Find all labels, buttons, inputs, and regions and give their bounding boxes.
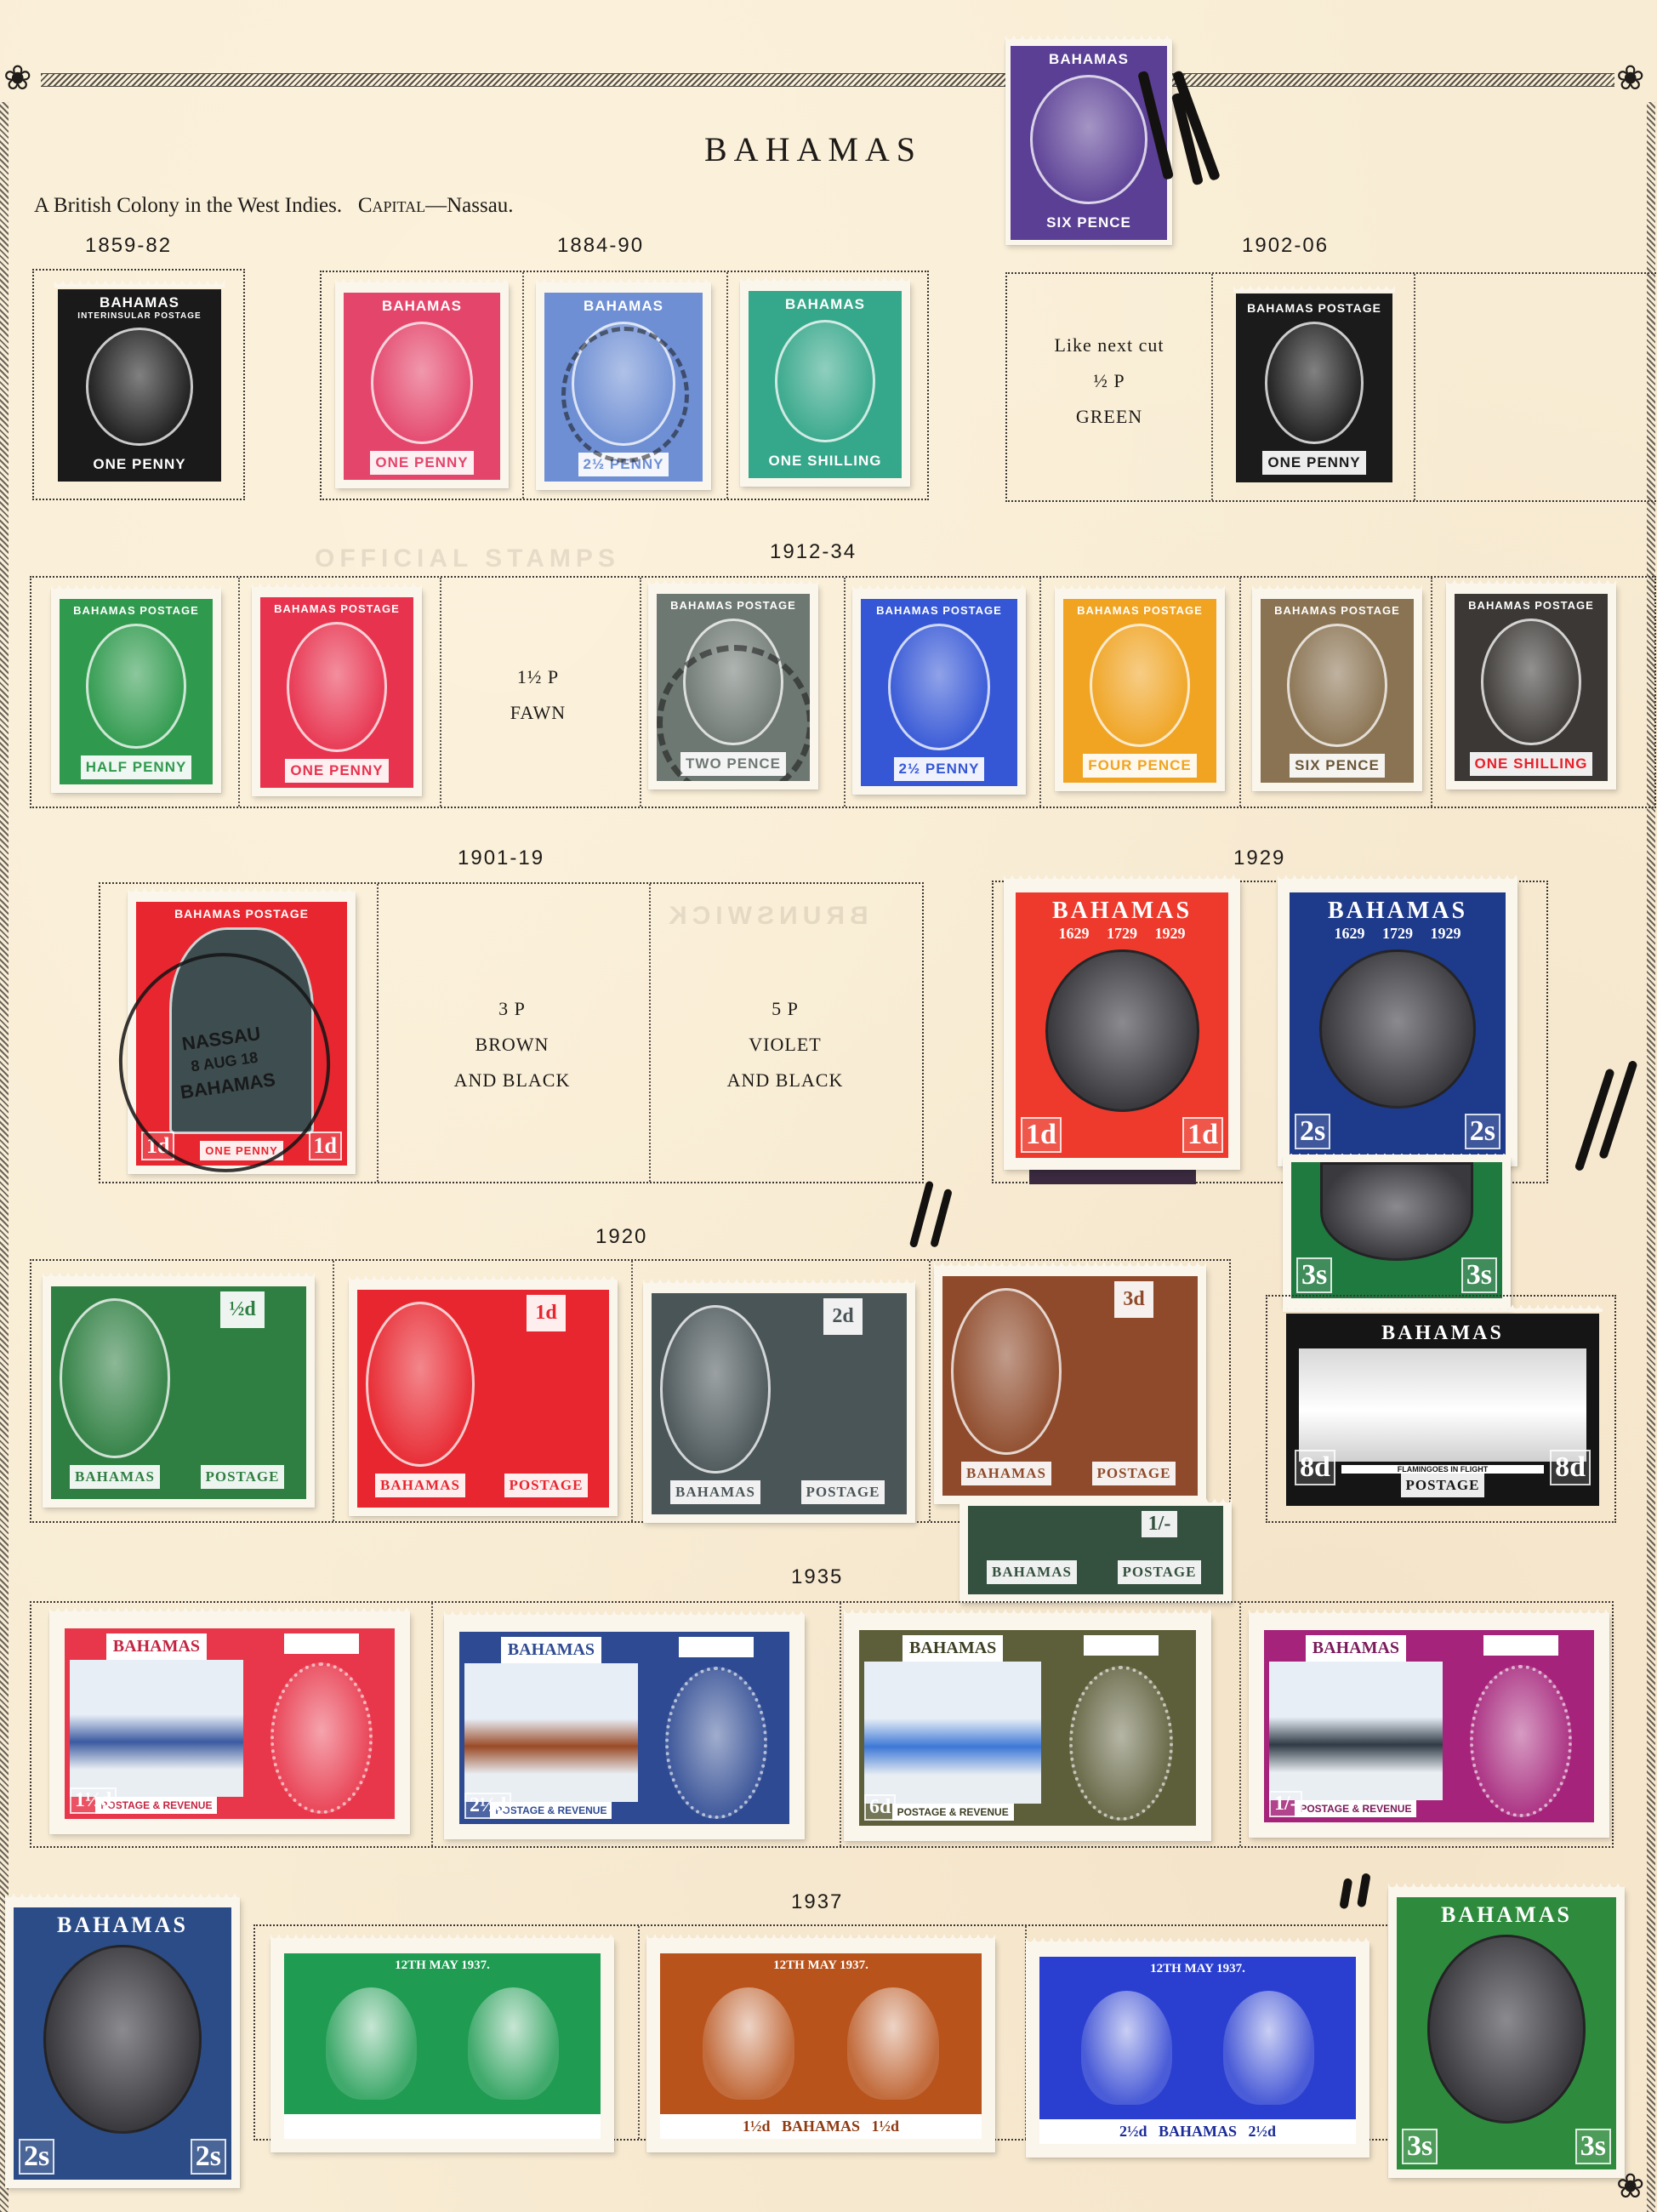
stamp-1935-one-shilling[interactable]: BAHAMASPOSTAGE & REVENUE 1910-1935 1/-	[1249, 1615, 1609, 1838]
king-george-portrait	[270, 1662, 373, 1814]
stamp-1929-1d[interactable]: BAHAMAS 1629 1729 1929 1d 1d	[1004, 881, 1240, 1170]
pen-mark	[930, 1189, 953, 1248]
flamingo-scene	[1299, 1348, 1586, 1462]
corner-ornament-icon: ❀	[1616, 61, 1645, 95]
stamp-1912-one-penny[interactable]: BAHAMAS POSTAGE ONE PENNY	[252, 589, 422, 796]
king-george-portrait	[660, 1305, 771, 1474]
windsor-castle-scene	[1269, 1662, 1443, 1800]
stamp-1937-1half-penny[interactable]: 12TH MAY 1937. 1½d BAHAMAS 1½d	[646, 1940, 995, 2152]
stamp-1920-three-pence[interactable]: BAHAMAS 3dPOSTAGE	[934, 1268, 1206, 1504]
ship-seal	[1319, 949, 1476, 1109]
cancellation-mark	[561, 327, 689, 463]
king-george-portrait	[1287, 624, 1387, 747]
stamp-1912-six-pence[interactable]: BAHAMAS POSTAGE SIX PENCE	[1252, 590, 1422, 791]
section-year-1901-19: 1901-19	[458, 847, 544, 870]
windsor-castle-scene	[464, 1663, 638, 1802]
queen-portrait	[775, 320, 875, 442]
stamp-1920-one-penny[interactable]: BAHAMAS 1dPOSTAGE	[349, 1281, 618, 1516]
stamp-1920-half-penny[interactable]: BAHAMAS ½dPOSTAGE	[43, 1278, 315, 1508]
capital-value: —Nassau.	[425, 194, 513, 217]
queen-portrait	[86, 328, 192, 446]
placeholder-1902-half-penny: Like next cut ½ P GREEN	[1007, 328, 1211, 435]
king-george-portrait	[366, 1302, 475, 1467]
stamp-six-pence-1862[interactable]: BAHAMAS SIX PENCE	[1005, 41, 1172, 245]
placeholder-1901-5p: 5 P VIOLET AND BLACK	[648, 991, 922, 1098]
stamp-1884-one-penny[interactable]: BAHAMAS ONE PENNY	[335, 284, 509, 488]
queen-elizabeth-portrait	[326, 1987, 417, 2101]
cancellation-mark	[657, 645, 810, 781]
section-year-1920: 1920	[595, 1225, 647, 1249]
section-year-1912-34: 1912-34	[770, 540, 857, 564]
section-year-1929: 1929	[1233, 847, 1285, 870]
king-george-vi-portrait	[1223, 1991, 1314, 2105]
king-george-portrait	[86, 624, 186, 749]
stamp-1935-1half-penny[interactable]: BAHAMASPOSTAGE & REVENUE 1910-1935 1½d	[49, 1613, 410, 1834]
pen-mark	[1357, 1873, 1371, 1907]
stamp-1935-2half-penny[interactable]: BAHAMASPOSTAGE & REVENUE 1910-1935 2½d	[444, 1616, 805, 1839]
top-border	[41, 73, 1614, 87]
placeholder-1912-fawn: 1½ P FAWN	[438, 659, 638, 731]
section-year-1937: 1937	[791, 1890, 843, 1914]
stamp-1931-3s[interactable]: BAHAMAS 3s 3s	[1388, 1889, 1625, 2178]
queen-elizabeth-portrait	[703, 1987, 795, 2101]
king-george-vi-portrait	[468, 1987, 559, 2101]
king-george-vi-portrait	[847, 1987, 940, 2101]
king-george-portrait	[951, 1288, 1062, 1455]
ship-seal	[1045, 949, 1199, 1112]
stamp-1935-six-pence[interactable]: BAHAMASPOSTAGE & REVENUE 1910-1935 6d	[844, 1615, 1211, 1841]
queen-portrait	[371, 322, 473, 444]
stamp-1929-3s[interactable]: 3s 3s	[1283, 1159, 1511, 1308]
ship-seal	[43, 1945, 201, 2134]
page-title: BAHAMAS	[704, 129, 922, 169]
ship-seal	[1427, 1935, 1586, 2124]
king-george-portrait	[665, 1667, 767, 1819]
corner-ornament-icon: ❀	[3, 61, 32, 95]
king-george-portrait	[1090, 624, 1190, 747]
stamp-1920-two-pence[interactable]: BAHAMAS 2dPOSTAGE	[643, 1285, 915, 1523]
capital-label: Capital	[358, 194, 425, 217]
stamp-1902-one-penny[interactable]: BAHAMAS POSTAGE ONE PENNY	[1233, 291, 1395, 485]
king-george-portrait	[60, 1298, 170, 1458]
windsor-castle-scene	[70, 1660, 243, 1797]
stamp-1912-half-penny[interactable]: BAHAMAS POSTAGE HALF PENNY	[51, 590, 221, 793]
section-year-1859-82: 1859-82	[85, 234, 172, 258]
stamp-1937-half-penny[interactable]: 12TH MAY 1937. ½d BAHAMAS ½d	[270, 1940, 614, 2152]
king-george-portrait	[1481, 619, 1581, 745]
stamp-1884-2half-penny[interactable]: BAHAMAS 2½ PENNY	[536, 284, 711, 490]
show-through-text: OFFICIAL STAMPS	[315, 544, 620, 573]
queen-portrait	[1030, 75, 1147, 204]
stamp-1920-one-shilling[interactable]: BAHAMAS 1/-POSTAGE	[959, 1504, 1232, 1603]
pen-mark	[909, 1180, 934, 1248]
stamp-1859-one-penny[interactable]: BAHAMAS INTERINSULAR POSTAGE ONE PENNY	[54, 286, 225, 485]
section-year-1884-90: 1884-90	[557, 234, 644, 258]
stamp-1912-two-pence[interactable]: BAHAMAS POSTAGE TWO PENCE	[648, 585, 818, 790]
queen-elizabeth-portrait	[1081, 1991, 1172, 2105]
page-subtitle: A British Colony in the West Indies. Cap…	[34, 194, 514, 218]
king-edward-portrait	[1265, 322, 1364, 444]
king-george-portrait	[1069, 1666, 1174, 1821]
pen-mark	[1574, 1068, 1615, 1172]
windsor-castle-scene	[864, 1662, 1041, 1804]
section-year-1902-06: 1902-06	[1242, 234, 1329, 258]
stamp-1884-one-shilling[interactable]: BAHAMAS ONE SHILLING	[740, 282, 910, 487]
ship-seal	[1320, 1162, 1473, 1261]
stamp-1929-2s[interactable]: BAHAMAS 1629 1729 1929 2s 2s	[1278, 881, 1517, 1166]
stamp-1912-four-pence[interactable]: BAHAMAS POSTAGE FOUR PENCE	[1055, 590, 1225, 791]
stamp-1929-8d-flamingo[interactable]: BAHAMAS FLAMINGOES IN FLIGHT POSTAGE 8d …	[1283, 1310, 1603, 1509]
section-year-1935: 1935	[791, 1565, 843, 1589]
pen-mark	[1339, 1878, 1352, 1909]
placeholder-1901-3p: 3 P BROWN AND BLACK	[376, 991, 648, 1098]
stamp-1937-2half-penny[interactable]: 12TH MAY 1937. 2½d BAHAMAS 2½d	[1026, 1943, 1369, 2158]
stamp-1931-2s[interactable]: BAHAMAS 2s 2s	[5, 1899, 240, 2188]
king-george-portrait	[888, 624, 990, 750]
king-george-portrait	[1470, 1665, 1572, 1817]
stamp-1912-one-shilling[interactable]: BAHAMAS POSTAGE ONE SHILLING	[1446, 585, 1616, 790]
stamp-1912-2half-penny[interactable]: BAHAMAS POSTAGE 2½ PENNY	[852, 590, 1026, 795]
king-george-portrait	[287, 622, 387, 752]
